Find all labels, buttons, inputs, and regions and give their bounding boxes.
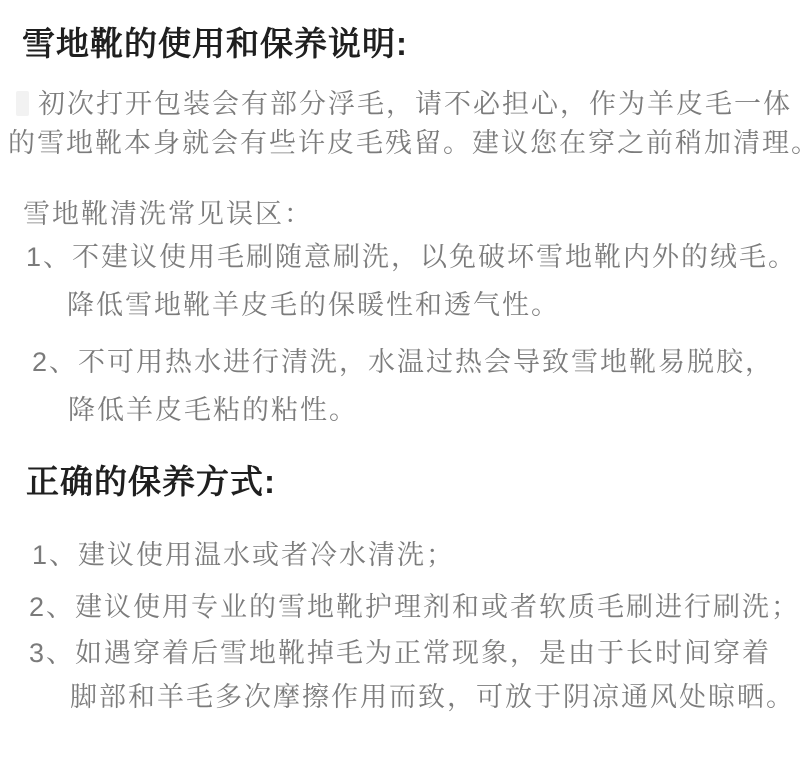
care-item-1-line-1: 1、建议使用温水或者冷水清洗； (32, 541, 455, 571)
misconception-item-1-line-1: 1、不建议使用毛刷随意刷洗，以免破坏雪地靴内外的绒毛。 (26, 243, 797, 273)
intro-paragraph-line-1: 初次打开包装会有部分浮毛，请不必担心，作为羊皮毛一体 (38, 90, 792, 120)
care-section-title: 正确的保养方式: (26, 464, 276, 500)
intro-paragraph-line-2: 的雪地靴本身就会有些许皮毛残留。建议您在穿之前稍加清理。 (8, 129, 800, 159)
care-item-2-line-1: 2、建议使用专业的雪地靴护理剂和或者软质毛刷进行刷洗； (29, 593, 800, 623)
misconception-heading: 雪地靴清洗常见误区： (23, 200, 313, 230)
care-item-3-line-1: 3、如遇穿着后雪地靴掉毛为正常现象，是由于长时间穿着 (29, 639, 771, 669)
misconception-item-1-line-2: 降低雪地靴羊皮毛的保暖性和透气性。 (67, 291, 560, 321)
care-instructions-page: 雪地靴的使用和保养说明: 初次打开包装会有部分浮毛，请不必担心，作为羊皮毛一体 … (0, 0, 800, 778)
misconception-item-2-line-2: 降低羊皮毛粘的粘性。 (68, 396, 358, 426)
care-item-3-line-2: 脚部和羊毛多次摩擦作用而致，可放于阴凉通风处晾晒。 (70, 683, 795, 713)
faint-print-artifact (16, 91, 29, 116)
usage-section-title: 雪地靴的使用和保养说明: (22, 26, 408, 62)
misconception-item-2-line-1: 2、不可用热水进行清洗，水温过热会导致雪地靴易脱胶， (32, 348, 774, 378)
